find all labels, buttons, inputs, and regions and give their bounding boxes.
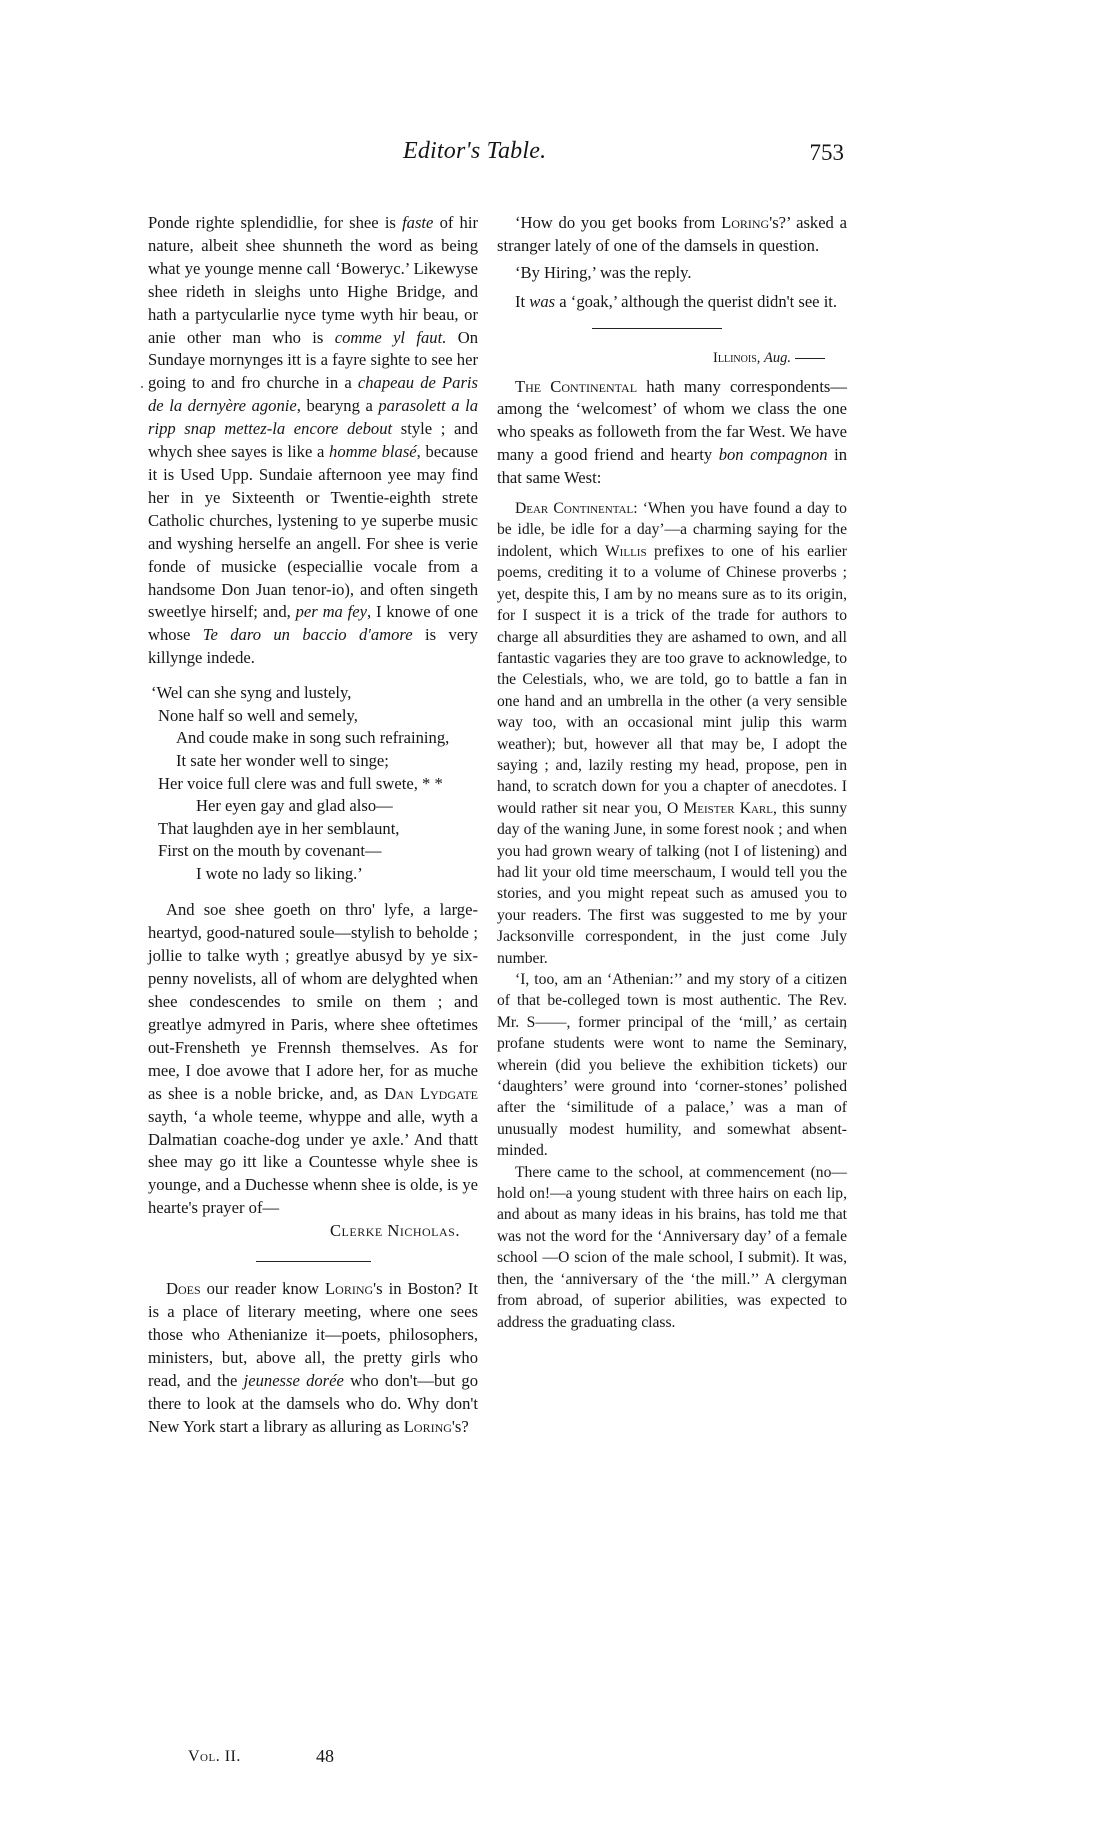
section-divider bbox=[592, 328, 722, 329]
letter-paragraph-athenian: ‘I, too, am an ‘Athenian:’’ and my story… bbox=[497, 969, 847, 1162]
poem-line: ‘Wel can she syng and lustely, bbox=[158, 682, 478, 705]
poem-line: It sate her wonder well to singe; bbox=[158, 750, 478, 773]
paragraph-and-soe-shee: And soe shee goeth on thro' lyfe, a larg… bbox=[148, 899, 478, 1220]
dateline-month: Aug. bbox=[764, 350, 791, 366]
paragraph-the-continental: The Continental hath many correspondents… bbox=[497, 376, 847, 491]
poem-line: Her eyen gay and glad also— bbox=[158, 795, 478, 818]
running-head: Editor's Table. 753 bbox=[148, 138, 846, 168]
paragraph-clerke-nicholas-letter: Ponde righte splendidlie, for shee is fa… bbox=[148, 212, 478, 670]
poem-line: Her voice full clere was and full swete,… bbox=[158, 773, 478, 796]
poem-line: And coude make in song such refraining, bbox=[158, 727, 478, 750]
left-column: Ponde righte splendidlie, for shee is fa… bbox=[148, 212, 478, 1438]
volume-label: Vol. II. bbox=[188, 1748, 241, 1765]
signature-mark: 48 bbox=[316, 1746, 334, 1767]
poem-line: That laughden aye in her semblaunt, bbox=[158, 818, 478, 841]
paragraph-how-do-you-get-books: ‘How do you get books from Loring's?’ as… bbox=[497, 212, 847, 258]
right-column: ‘How do you get books from Loring's?’ as… bbox=[497, 212, 847, 1333]
signature-clerke-nicholas: Clerke Nicholas. bbox=[148, 1220, 478, 1243]
running-title: Editor's Table. bbox=[403, 138, 546, 165]
poem-quotation: ‘Wel can she syng and lustely, None half… bbox=[158, 682, 478, 885]
poem-line: I wote no lady so liking.’ bbox=[158, 863, 478, 886]
letter-paragraph-commencement: There came to the school, at commencemen… bbox=[497, 1162, 847, 1333]
dateline-place: Illinois, bbox=[713, 350, 760, 366]
dateline-dash bbox=[795, 358, 825, 359]
letter-paragraph: Dear Continental: ‘When you have found a… bbox=[497, 498, 847, 969]
section-divider bbox=[256, 1261, 371, 1262]
letter-dear-continental: Dear Continental: ‘When you have found a… bbox=[497, 498, 847, 1333]
page-number: 753 bbox=[810, 140, 845, 166]
paragraph-by-hiring: ‘By Hiring,’ was the reply. bbox=[497, 262, 847, 285]
poem-line: First on the mouth by covenant— bbox=[158, 840, 478, 863]
printer-signature-line: Vol. II. 48 bbox=[188, 1748, 388, 1766]
print-speck bbox=[141, 386, 143, 388]
paragraph-goak: It was a ‘goak,’ although the querist di… bbox=[497, 291, 847, 314]
paragraph-lorings-boston: Does our reader know Loring's in Boston?… bbox=[148, 1278, 478, 1438]
poem-line: None half so well and semely, bbox=[158, 705, 478, 728]
dateline: Illinois, Aug. bbox=[497, 347, 847, 370]
